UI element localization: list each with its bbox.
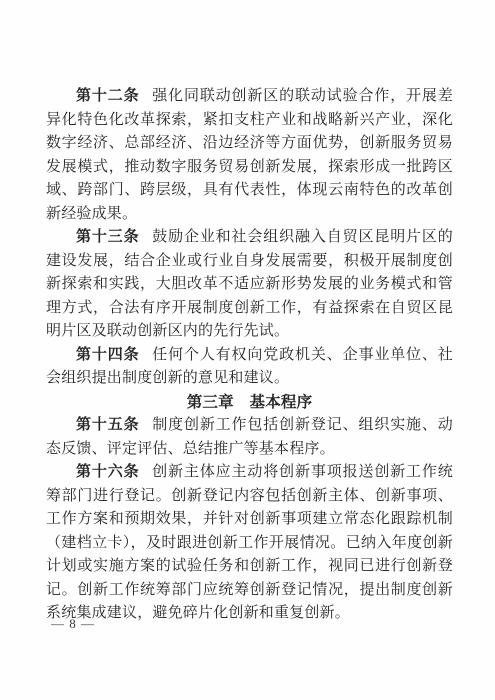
article-16-paragraph: 第十六条创新主体应主动将创新事项报送创新工作统筹部门进行登记。创新登记内容包括创…	[46, 461, 453, 626]
page-number: — 8 —	[51, 616, 95, 632]
article-13-text: 鼓励企业和社会组织融入自贸区昆明片区的建设发展，结合企业或行业自身发展需要，积极…	[46, 229, 453, 339]
article-16-text: 创新主体应主动将创新事项报送创新工作统筹部门进行登记。创新登记内容包括创新主体、…	[46, 464, 453, 621]
document-page: 第十二条强化同联动创新区的联动试验合作，开展差异化特色化改革探索，紧扣支柱产业和…	[0, 0, 495, 700]
article-14-paragraph: 第十四条任何个人有权向党政机关、企事业单位、社会组织提出制度创新的意见和建议。	[46, 344, 453, 391]
article-12-paragraph: 第十二条强化同联动创新区的联动试验合作，开展差异化特色化改革探索，紧扣支柱产业和…	[46, 85, 453, 226]
document-body: 第十二条强化同联动创新区的联动试验合作，开展差异化特色化改革探索，紧扣支柱产业和…	[46, 85, 453, 626]
article-15-label: 第十五条	[76, 417, 139, 433]
article-13-paragraph: 第十三条鼓励企业和社会组织融入自贸区昆明片区的建设发展，结合企业或行业自身发展需…	[46, 226, 453, 344]
article-13-label: 第十三条	[76, 229, 139, 245]
article-12-label: 第十二条	[76, 88, 139, 104]
article-15-paragraph: 第十五条制度创新工作包括创新登记、组织实施、动态反馈、评定评估、总结推广等基本程…	[46, 414, 453, 461]
article-14-label: 第十四条	[76, 347, 139, 363]
article-12-text: 强化同联动创新区的联动试验合作，开展差异化特色化改革探索，紧扣支柱产业和战略新兴…	[46, 88, 453, 222]
chapter-heading: 第三章 基本程序	[46, 391, 453, 415]
article-16-label: 第十六条	[76, 464, 139, 480]
